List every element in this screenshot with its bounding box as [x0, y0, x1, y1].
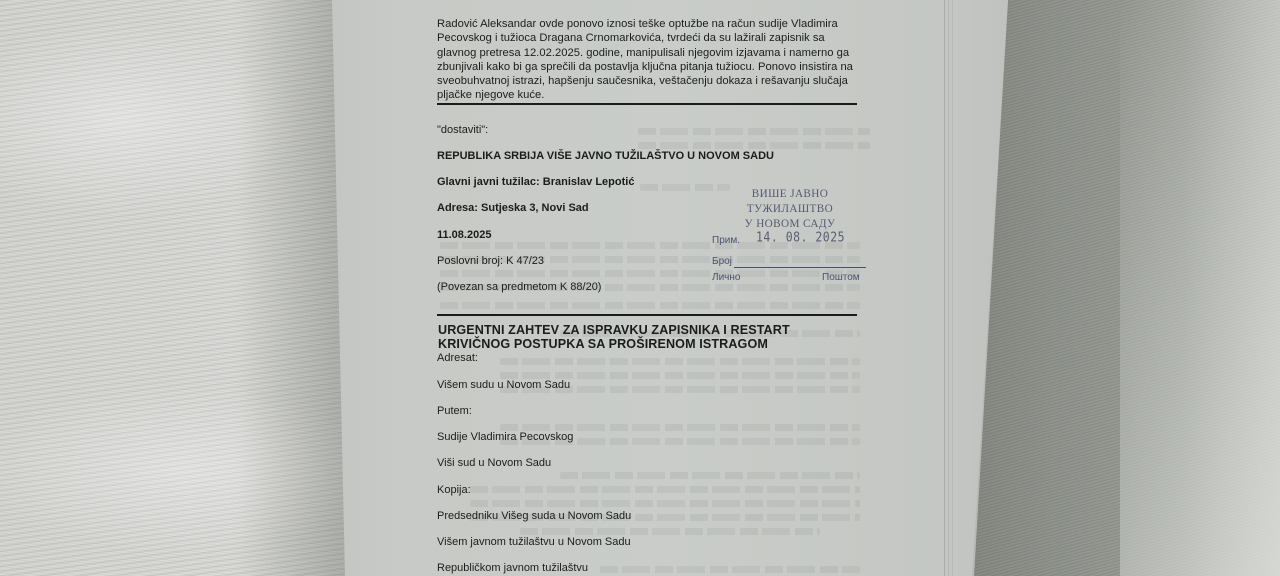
- divider: [437, 314, 857, 316]
- stamp-personally-label: Лично: [712, 272, 740, 283]
- addressee-label: Adresat:: [437, 352, 478, 364]
- copy-recipient: Predsedniku Višeg suda u Novom Sadu: [437, 510, 631, 522]
- deliver-label: "dostaviti":: [437, 124, 488, 136]
- recipient-org: REPUBLIKA SRBIJA VIŠE JAVNO TUŽILAŠTVO U…: [437, 150, 774, 162]
- chief-prosecutor: Glavni javni tužilac: Branislav Lepotić: [437, 176, 634, 188]
- title-line-2: KRIVIČNOG POSTUPKA SA PROŠIRENOM ISTRAGO…: [438, 337, 790, 351]
- document-title: URGENTNI ZAHTEV ZA ISPRAVKU ZAPISNIKA I …: [438, 323, 790, 351]
- related-case: (Povezan sa predmetom K 88/20): [437, 281, 601, 293]
- stamp-number-line: [734, 267, 866, 268]
- via-judge: Sudije Vladimira Pecovskog: [437, 431, 573, 443]
- stack-edge: [944, 0, 945, 576]
- stamp-organization: ВИШЕ ЈАВНО ТУЖИЛАШТВО У НОВОМ САДУ: [710, 187, 870, 232]
- divider: [437, 103, 857, 105]
- case-number: Poslovni broj: K 47/23: [437, 255, 544, 267]
- stack-edge: [948, 0, 949, 576]
- via-court: Viši sud u Novom Sadu: [437, 457, 551, 469]
- title-line-1: URGENTNI ZAHTEV ZA ISPRAVKU ZAPISNIKA I …: [438, 323, 790, 337]
- stamp-received-label: Прим.: [712, 235, 740, 246]
- fabric-highlight: [1120, 0, 1280, 576]
- stamp-received-date: 14. 08. 2025: [756, 229, 845, 245]
- copy-recipient: Višem javnom tužilaštvu u Novom Sadu: [437, 536, 631, 548]
- copy-recipient: Republičkom javnom tužilaštvu: [437, 562, 588, 574]
- stack-edge: [952, 0, 953, 576]
- stamp-number-label: Број: [712, 256, 732, 267]
- stamp-org-line-1: ВИШЕ ЈАВНО ТУЖИЛАШТВО: [710, 187, 870, 217]
- fabric-shadow: [240, 0, 350, 576]
- address: Adresa: Sutjeska 3, Novi Sad: [437, 202, 589, 214]
- copy-label: Kopija:: [437, 484, 471, 496]
- via-label: Putem:: [437, 405, 472, 417]
- document-date: 11.08.2025: [437, 229, 491, 241]
- addressee: Višem sudu u Novom Sadu: [437, 379, 570, 391]
- received-stamp: ВИШЕ ЈАВНО ТУЖИЛАШТВО У НОВОМ САДУ Прим.…: [706, 185, 871, 290]
- stamp-by-mail-label: Поштом: [822, 272, 860, 283]
- intro-paragraph: Radović Aleksandar ovde ponovo iznosi te…: [437, 17, 867, 103]
